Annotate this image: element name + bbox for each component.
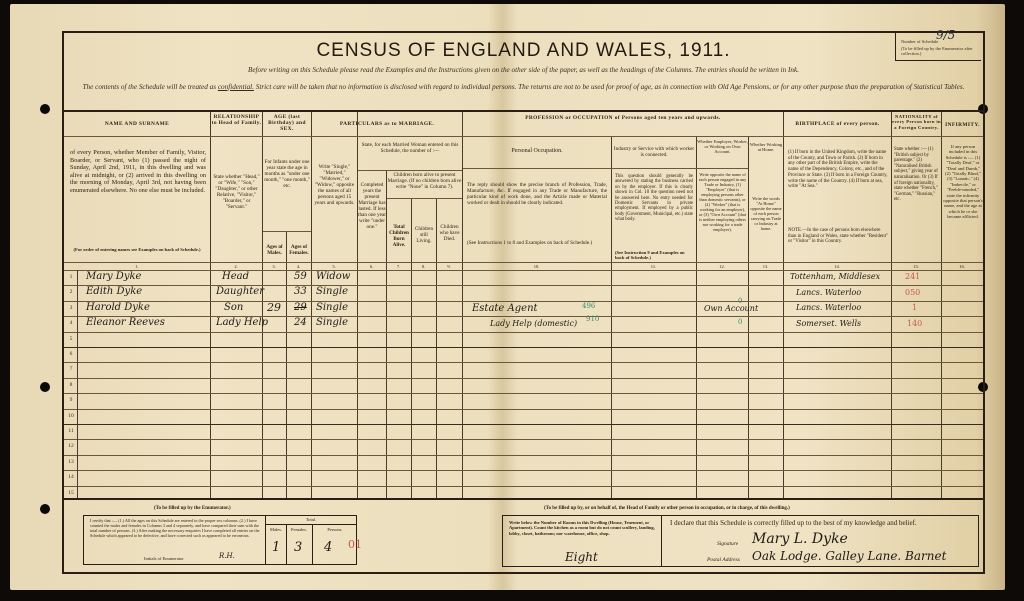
row-number-divider — [77, 270, 78, 498]
col-divider — [462, 112, 463, 498]
person-name: Harold Dyke — [86, 302, 150, 313]
total-persons: 4 — [324, 540, 332, 555]
person-birthplace: Lancs. Waterloo — [796, 288, 861, 297]
person-relationship: Head — [222, 271, 249, 282]
enumerator-certificate: I certify that :— (1.) All the ages on t… — [83, 515, 357, 565]
census-table: NAME AND SURNAME of every Person, whethe… — [64, 110, 983, 500]
col-number: 3. — [262, 264, 286, 269]
person-name: Eleanor Reeves — [86, 317, 165, 328]
col-number: 15. — [891, 264, 941, 269]
row-number: 8 — [66, 382, 76, 388]
birthplace-code: 140 — [907, 319, 922, 328]
col-number: 2. — [210, 264, 262, 269]
birthplace-code: 241 — [905, 272, 920, 281]
row-number: 13 — [66, 459, 76, 465]
header-relationship: RELATIONSHIP to Head of Family. — [211, 114, 262, 126]
punch-hole — [40, 382, 50, 392]
person-age-female: 24 — [294, 317, 307, 328]
col-number: 7. — [386, 264, 411, 269]
col-number: 14. — [783, 264, 891, 269]
col-divider — [941, 112, 942, 498]
person-condition: Single — [316, 286, 348, 297]
header-nationality: NATIONALITY of every Person born in a Fo… — [892, 114, 941, 130]
enumerator-initials: R.H. — [219, 552, 235, 560]
person-condition: Widow — [316, 271, 350, 282]
rooms-instruction: Write below the Number of Rooms in this … — [509, 520, 655, 536]
col-divider — [210, 112, 211, 498]
person-name: Edith Dyke — [86, 286, 142, 297]
header-personal-note: (See Instructions 1 to 8 and Examples on… — [467, 240, 607, 246]
header-name: NAME AND SURNAME — [64, 121, 210, 127]
header-personal-occupation: Personal Occupation. — [463, 148, 611, 154]
schedule-number-value: 9/5 — [936, 33, 955, 38]
total-annotation: 01 — [348, 538, 362, 551]
row-number: 9 — [66, 397, 76, 403]
person-age-female: 33 — [294, 286, 307, 297]
person-birthplace: Lancs. Waterloo — [796, 303, 861, 312]
females-label: Females. — [286, 527, 312, 532]
header-birthplace-note: NOTE.—In the case of persons born elsewh… — [788, 228, 888, 245]
header-rule — [64, 136, 983, 137]
row-number: 11 — [66, 428, 76, 434]
header-rule — [263, 231, 311, 232]
col-number: 4. — [286, 264, 311, 269]
total-males: 1 — [272, 540, 280, 555]
header-nationality-body: State whether :— (1) "British subject by… — [894, 147, 940, 203]
header-occupation: PROFESSION or OCCUPATION of Persons aged… — [463, 115, 783, 121]
instruction-line: Before writing on this Schedule please r… — [64, 66, 983, 74]
row-number: 4 — [66, 320, 76, 326]
header-employer-body: Write opposite the name of each person e… — [698, 172, 747, 232]
col-number: 16. — [941, 264, 983, 269]
punch-hole — [40, 104, 50, 114]
header-industry-note: (See Instruction 9 and Examples on back … — [615, 250, 693, 260]
col-divider — [696, 136, 697, 498]
rooms-count: Eight — [565, 550, 598, 564]
person-relationship: Son — [224, 302, 243, 313]
header-marriage-condition: Write "Single," "Married," "Widower," or… — [313, 164, 356, 206]
signature-label: Signature — [717, 541, 738, 547]
header-personal-body: The reply should show the precise branch… — [467, 182, 607, 206]
row-number: 6 — [66, 351, 76, 357]
header-children-living: Children still Living. — [412, 226, 436, 244]
row-number: 10 — [66, 413, 76, 419]
person-relationship: Daughter — [216, 286, 264, 297]
header-age-females: Ages of Females. — [287, 244, 311, 256]
col-number: 11. — [611, 264, 696, 269]
employment-code: 0 — [738, 297, 742, 305]
declaration-box: I declare that this Schedule is correctl… — [662, 515, 979, 567]
person-relationship: Lady Help — [216, 317, 268, 328]
col-number: 9. — [436, 264, 462, 269]
employment-code: 0 — [738, 318, 742, 326]
col-divider — [611, 136, 612, 498]
confidential-word: confidential. — [218, 83, 254, 91]
col-divider — [891, 112, 892, 498]
persons-label: Persons. — [312, 527, 358, 532]
header-rule — [64, 270, 983, 271]
row-number: 7 — [66, 366, 76, 372]
header-total-born: Total Children Born Alive. — [387, 224, 411, 248]
postal-address: Oak Lodge. Galley Lane. Barnet — [752, 549, 946, 563]
header-children-died: Children who have Died. — [437, 224, 462, 242]
row-number: 3 — [66, 305, 76, 311]
confidential-prefix: The contents of the Schedule will be tre… — [83, 83, 218, 91]
header-industry-body: This question should generally be answer… — [615, 174, 693, 223]
row-number: 14 — [66, 474, 76, 480]
header-industry: Industry or Service with which worker is… — [613, 146, 695, 158]
header-home: Whether Working at Home. — [749, 142, 783, 152]
enumerator-section-title: (To be filled up by the Enumerator.) — [154, 506, 231, 511]
col-divider — [386, 170, 387, 498]
schedule-number-box: Number of Schedule (To be filled up by t… — [895, 33, 981, 61]
address-label: Postal Address — [707, 557, 740, 563]
form-frame: CENSUS OF ENGLAND AND WALES, 1911. Befor… — [62, 31, 985, 574]
header-employer: Whether Employer, Worker, or Working on … — [697, 139, 748, 154]
row-number: 15 — [66, 490, 76, 496]
header-completed-years: Completed years the present Marriage has… — [358, 182, 386, 230]
header-rule — [358, 170, 462, 171]
person-age-female-struck: 29 — [294, 302, 307, 313]
birthplace-code: 1 — [912, 303, 917, 312]
header-relationship-body: State whether "Head," or "Wife," "Son," … — [213, 174, 260, 210]
occupation-code: 910 — [586, 315, 599, 323]
header-rule — [64, 262, 983, 263]
person-condition: Single — [316, 302, 348, 313]
person-occupation: Lady Help (domestic) — [490, 319, 577, 328]
header-marriage: PARTICULARS as to MARRIAGE. — [312, 121, 462, 127]
header-name-body: of every Person, whether Member of Famil… — [70, 149, 206, 195]
header-infirmity-body: If any person included in this Schedule … — [943, 144, 983, 220]
col-number: 1. — [64, 264, 210, 269]
birthplace-code: 050 — [905, 288, 920, 297]
row-number: 1 — [66, 274, 76, 280]
col-number: 13. — [748, 264, 783, 269]
col-number: 5. — [311, 264, 357, 269]
confidential-rest: Strict care will be taken that no inform… — [254, 83, 964, 91]
header-rule — [387, 198, 462, 199]
col-divider — [311, 112, 312, 498]
row-number: 12 — [66, 443, 76, 449]
person-name: Mary Dyke — [86, 271, 141, 282]
census-schedule-page: CENSUS OF ENGLAND AND WALES, 1911. Befor… — [10, 4, 1005, 590]
enumerator-initials-label: Initials of Enumerator — [144, 556, 184, 561]
punch-hole — [40, 504, 50, 514]
total-females: 3 — [294, 540, 302, 555]
totals-box: Total. Males. Females. Persons. 1 3 4 01 — [265, 516, 356, 564]
col-number: 6. — [357, 264, 386, 269]
header-name-note: (For order of entering names see Example… — [68, 247, 206, 252]
males-label: Males. — [266, 527, 286, 532]
declaration-text: I declare that this Schedule is correctl… — [670, 519, 917, 527]
header-age-body: For Infants under one year state the age… — [264, 159, 310, 189]
header-children-born: Children born alive to present Marriage.… — [387, 172, 462, 190]
header-birthplace-body: (1) If born in the United Kingdom, write… — [788, 150, 888, 190]
header-rule — [463, 168, 748, 169]
col-divider — [286, 231, 287, 498]
col-divider — [783, 112, 784, 498]
household-section-title: (To be filled up by, or on behalf of, th… — [544, 506, 790, 511]
total-label: Total. — [266, 517, 356, 522]
col-divider — [436, 198, 437, 498]
person-condition: Single — [316, 317, 348, 328]
document-title: CENSUS OF ENGLAND AND WALES, 1911. — [64, 40, 983, 62]
schedule-number-note: (To be filled up by the Enumerator after… — [901, 46, 978, 56]
person-birthplace: Tottenham, Middlesex — [790, 272, 880, 281]
header-birthplace: BIRTHPLACE of every person. — [784, 121, 891, 127]
header-age-males: Ages of Males. — [263, 244, 286, 256]
col-number: 12. — [696, 264, 748, 269]
header-infirmity: INFIRMITY. — [942, 122, 983, 128]
col-number: 10. — [462, 264, 611, 269]
person-age-male: 29 — [267, 301, 281, 314]
header-age: AGE (last Birthday) and SEX. — [263, 114, 311, 132]
header-home-body: Write the words "At Home" opposite the n… — [750, 196, 782, 231]
confidential-notice: The contents of the Schedule will be tre… — [72, 82, 975, 92]
occupation-code: 496 — [582, 302, 595, 310]
person-birthplace: Somerset. Wells — [796, 319, 861, 328]
rooms-box: Write below the Number of Rooms in this … — [502, 515, 662, 567]
signature: Mary L. Dyke — [752, 531, 848, 547]
person-occupation: Estate Agent — [472, 303, 538, 314]
row-number: 2 — [66, 289, 76, 295]
col-divider — [262, 112, 263, 498]
header-married-woman: State, for each Married Woman entered on… — [360, 142, 460, 154]
enumerator-certify-text: I certify that :— (1.) All the ages on t… — [90, 518, 266, 538]
col-divider — [748, 136, 749, 498]
person-employment-status: Own Account — [704, 304, 758, 313]
row-number: 5 — [66, 336, 76, 342]
person-age-female: 59 — [294, 271, 307, 282]
col-number: 8. — [411, 264, 436, 269]
